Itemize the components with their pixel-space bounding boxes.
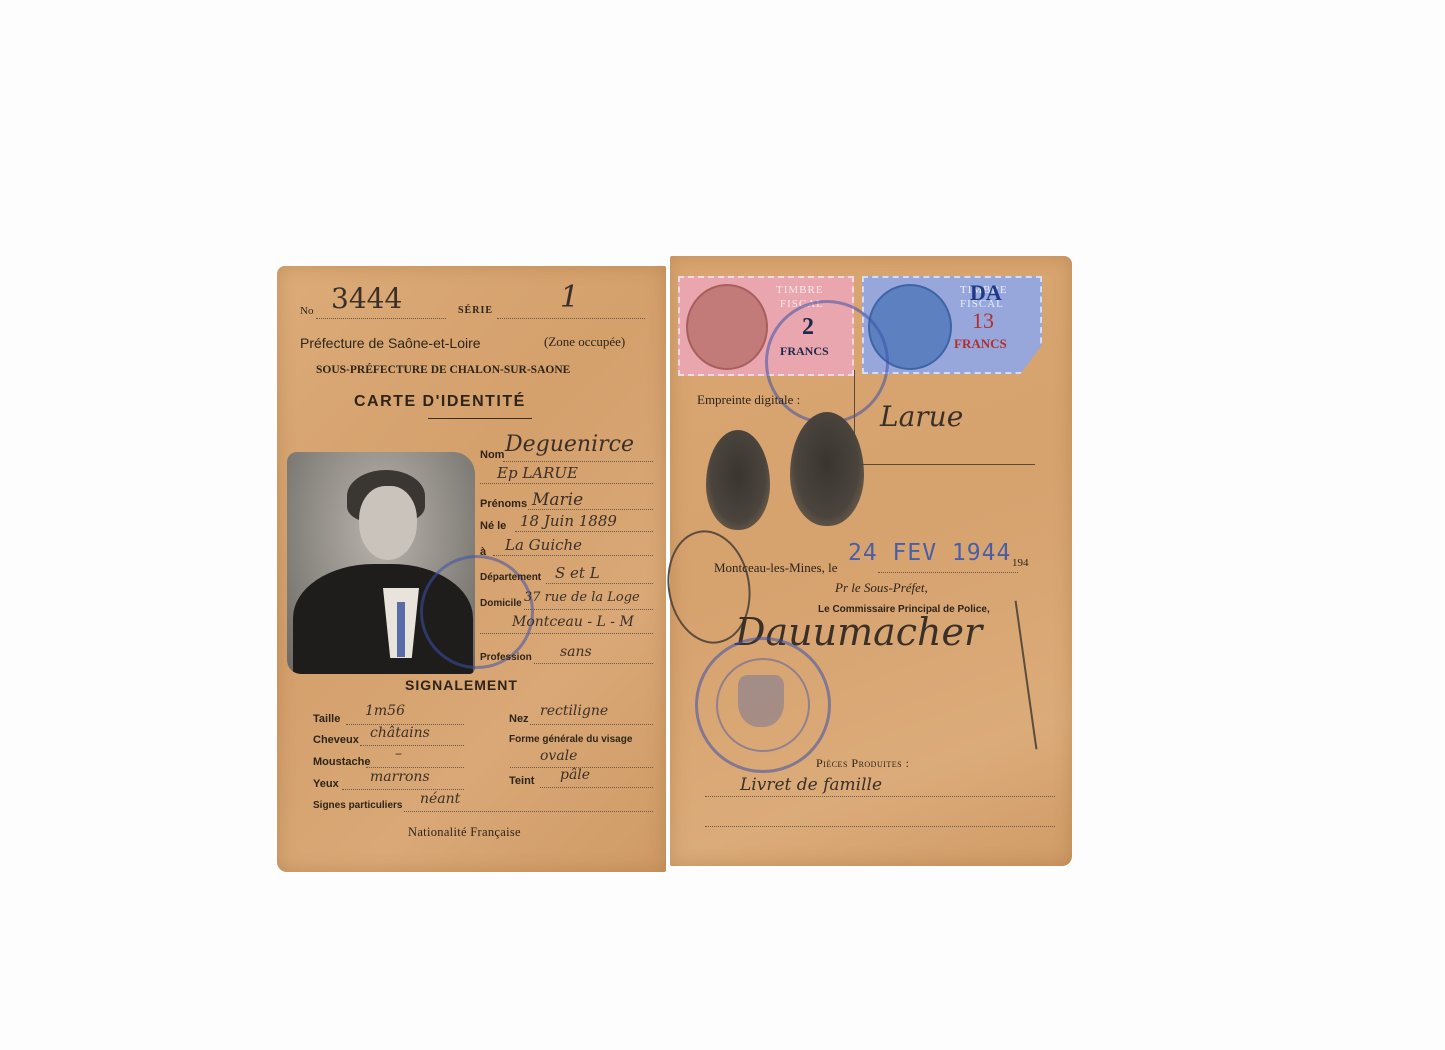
yeux-label: Yeux [313,778,339,790]
photo-ribbon [397,602,405,657]
date-dotline [878,572,1018,573]
departement-label: Département [480,572,541,583]
stamp2-amount: 13 [972,308,994,334]
profession-dotline [534,663,653,664]
domicile-value-2: Montceau - L - M [512,614,634,630]
fingerprint-left-icon [706,430,770,530]
nationalite: Nationalité Française [408,825,521,840]
domicile-value: 37 rue de la Loge [524,590,640,605]
visage-value: ovale [540,748,577,764]
holder-signature: Larue [880,400,963,433]
stamp2-overprint: DA [970,280,1002,306]
prenoms-dotline [528,509,653,510]
pieces-produites-label: Pièces Produites : [816,756,909,771]
number-dotline [316,318,446,319]
teint-value: pâle [560,767,590,783]
cheveux-value: châtains [370,725,430,741]
moustache-label: Moustache [313,756,370,768]
taille-value: 1m56 [365,703,405,719]
taille-label: Taille [313,713,340,725]
card-number: 3444 [331,282,402,315]
pieces-dotline-1 [705,796,1055,797]
teint-label: Teint [509,775,534,787]
prenoms-label: Prénoms [480,498,527,510]
coat-of-arms-icon [738,675,784,727]
police-commissioner-seal [695,637,831,773]
empreinte-label: Empreinte digitale : [697,392,800,408]
stamp2-unit: FRANCS [954,336,1007,352]
nom-dotline [503,461,653,462]
ne-label: Né le [480,520,506,532]
a-label: à [480,546,486,558]
signes-value: néant [420,791,460,807]
prenoms-value: Marie [532,490,583,510]
epouse-dotline [480,483,653,484]
moustache-value: – [395,746,402,762]
fiscal-stamp-13-francs: TIMBRE FISCAL DA 13 FRANCS [862,276,1042,374]
epouse-value: Ep LARUE [497,464,578,482]
card-title: CARTE D'IDENTITÉ [354,393,526,411]
place-label: Montceau-les-Mines, le [714,560,837,576]
photo-face [359,486,417,560]
nom-value: Deguenirce [505,432,634,457]
domicile-dotline-2 [480,633,653,634]
nez-label: Nez [509,713,529,725]
pieces-dotline-2 [705,826,1055,827]
zone-occupee: (Zone occupée) [544,334,625,350]
visage-label: Forme générale du visage [509,734,632,745]
prefecture-title: Préfecture de Saône-et-Loire [300,335,481,351]
nez-dotline [530,724,653,725]
signes-label: Signes particuliers [313,800,402,811]
ne-value: 18 Juin 1889 [520,512,617,530]
serie-dotline [497,318,645,319]
yeux-dotline [342,789,464,790]
title-rule [428,418,532,419]
departement-dotline [546,583,653,584]
cheveux-label: Cheveux [313,734,359,746]
a-dotline [493,555,653,556]
serie-label: Série [458,305,493,316]
sous-prefecture: SOUS-PRÉFECTURE DE CHALON-SUR-SAONE [316,364,570,376]
moustache-dotline [366,767,464,768]
pour-sous-prefet: Pr le Sous-Préfet, [835,580,928,596]
cheveux-dotline [360,745,464,746]
teint-dotline [540,787,653,788]
pieces-produites-value: Livret de famille [740,775,882,795]
profession-label: Profession [480,652,532,663]
profession-value: sans [560,644,592,660]
ne-dotline [515,531,653,532]
number-label: No [300,305,313,317]
nom-label: Nom [480,449,504,461]
marianne-red-icon [686,284,768,370]
fingerprint-right-icon [790,412,864,526]
date-stamp: 24 FEV 1944 [848,540,1011,566]
signes-dotline [404,811,653,812]
a-value: La Guiche [505,536,582,554]
stamp1-line1: TIMBRE [776,284,824,296]
domicile-label: Domicile [480,598,522,609]
yeux-value: marrons [370,769,430,785]
domicile-dotline [524,609,653,610]
year-suffix: 194 [1012,557,1029,569]
nez-value: rectiligne [540,703,608,719]
signalement-title: SIGNALEMENT [405,677,518,693]
departement-value: S et L [555,564,600,582]
serie-value: 1 [560,280,579,315]
